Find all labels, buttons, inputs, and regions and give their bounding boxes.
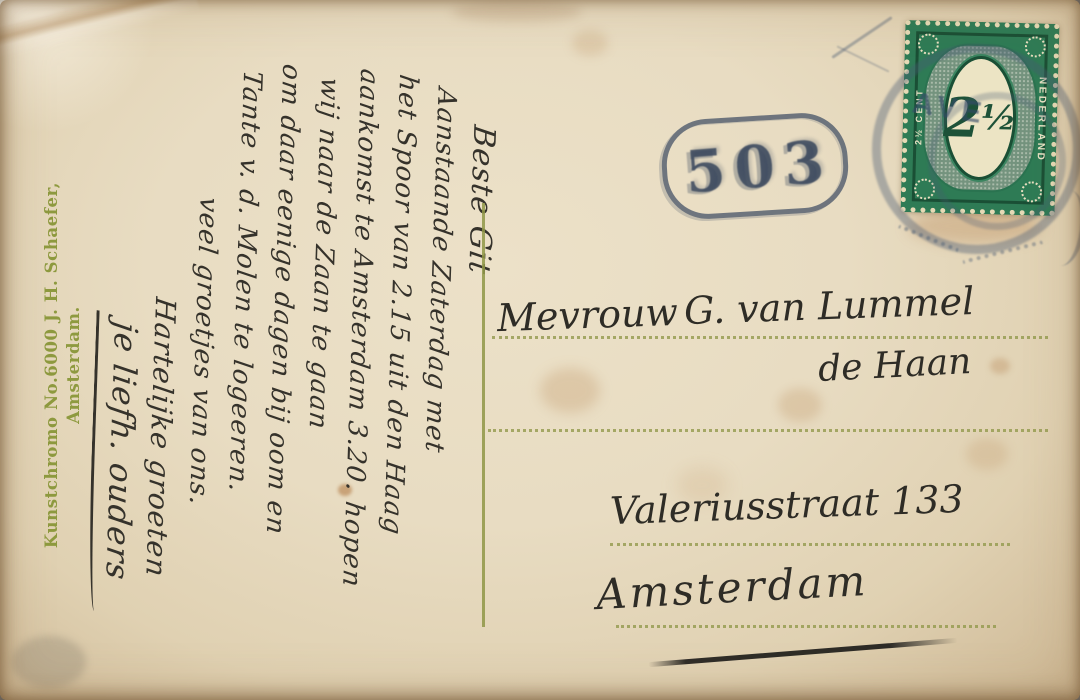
- postmark-number-box: 503: [659, 110, 851, 221]
- stamp-denomination-fraction: ½: [981, 98, 1018, 139]
- address-rule-line: [616, 625, 996, 628]
- stamp-denomination: 2½: [943, 90, 1017, 146]
- corner-wear: [0, 0, 75, 45]
- postage-stamp: NEDERLAND 2½ CENT 2½: [901, 20, 1060, 216]
- postmark-smudge: [831, 16, 892, 59]
- edge-stain: [452, 2, 582, 22]
- addressee-name: G. van Lummel: [683, 279, 975, 333]
- center-divider-line: [482, 203, 485, 627]
- stamp-country-label: NEDERLAND: [1034, 77, 1047, 163]
- postmark-smudge: [962, 240, 1043, 267]
- postmark-number: 503: [683, 132, 835, 201]
- address-rule-line: [610, 543, 1010, 546]
- postcard-back: Kunstchromo No.6000 J. H. Schaefer, Amst…: [0, 0, 1080, 700]
- stamp-value-label: 2½ CENT: [913, 88, 924, 145]
- foxing-spot: [778, 388, 822, 422]
- foxing-spot: [990, 358, 1010, 374]
- stamp-denomination-integer: 2: [943, 85, 982, 150]
- address-street: Valeriusstraat 133: [609, 477, 964, 533]
- pencil-smudge: [12, 636, 86, 688]
- address-rule-line: [488, 429, 1048, 432]
- foxing-spot: [540, 368, 600, 413]
- signature-flourish: je liefh. ouders: [86, 310, 145, 617]
- addressee-name-suffix: de Haan: [817, 341, 972, 390]
- addressee-honorific: Mevrouw: [496, 290, 678, 340]
- foxing-spot: [572, 30, 608, 56]
- address-city: Amsterdam: [595, 556, 869, 619]
- postmark-smudge: [836, 45, 889, 72]
- publisher-imprint: Kunstchromo No.6000 J. H. Schaefer, Amst…: [41, 155, 63, 575]
- postcard-scan: Kunstchromo No.6000 J. H. Schaefer, Amst…: [0, 0, 1080, 700]
- message-block: Beste Git Aanstaande Zaterdag met het Sp…: [85, 32, 504, 688]
- postmark-smudge: [897, 224, 959, 254]
- city-underline-flourish: [648, 638, 957, 667]
- foxing-spot: [966, 438, 1008, 470]
